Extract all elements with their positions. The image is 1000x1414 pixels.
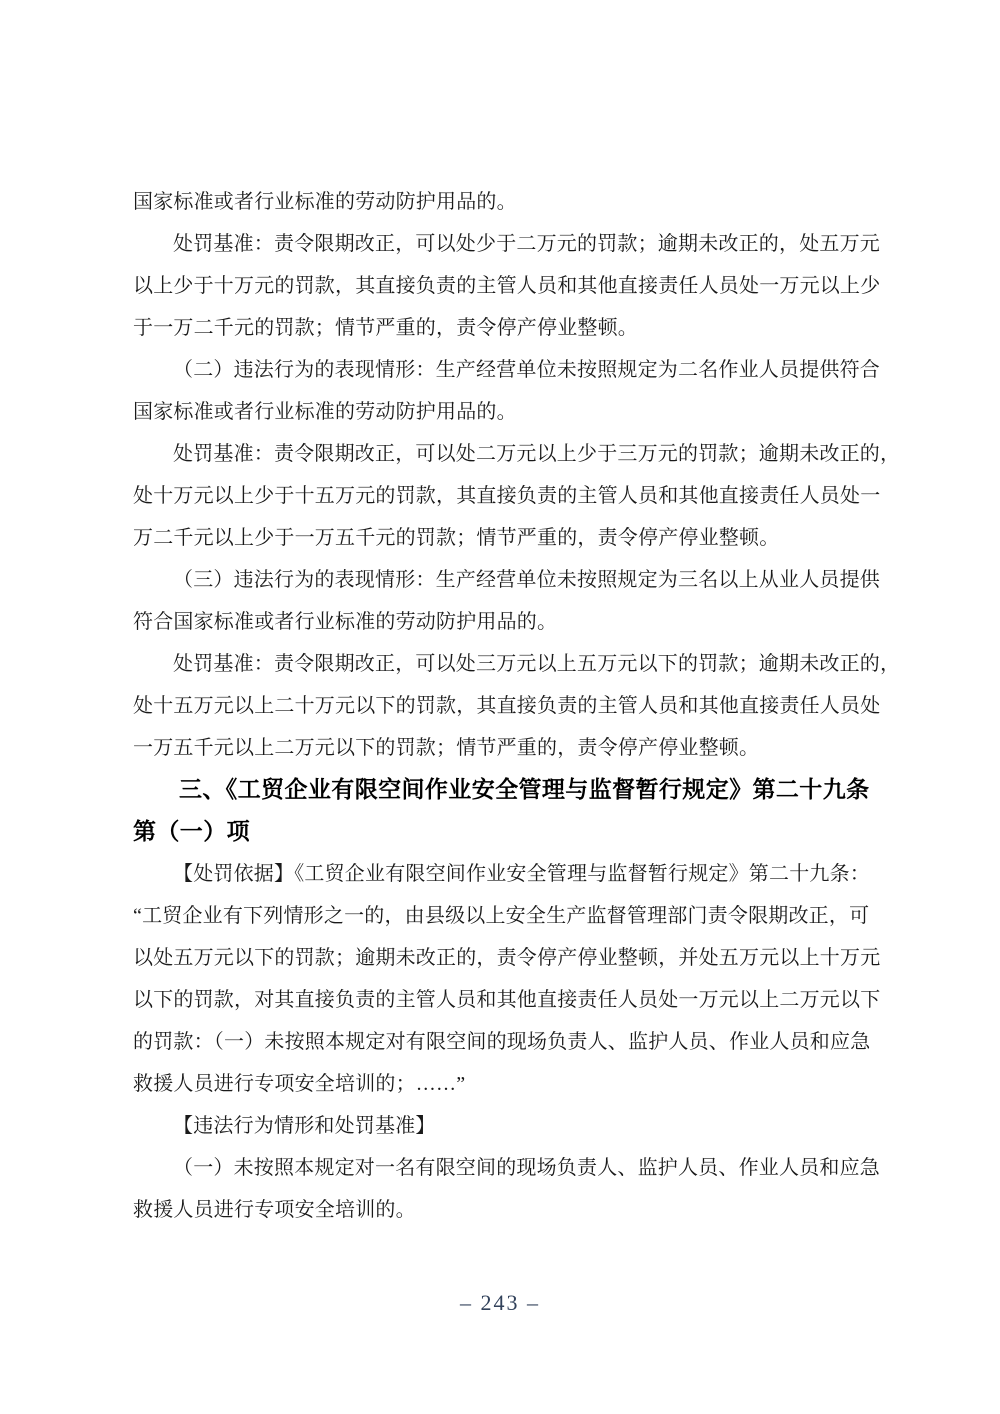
body-paragraph-violation-and-basis-label: 【违法行为情形和处罚基准】: [133, 1105, 881, 1147]
body-paragraph-continuation: 国家标准或者行业标准的劳动防护用品的。: [133, 181, 881, 223]
content-area: 国家标准或者行业标准的劳动防护用品的。 处罚基准：责令限期改正，可以处少于二万元…: [133, 181, 881, 1231]
body-paragraph-penalty-basis-1: 处罚基准：责令限期改正，可以处少于二万元的罚款；逾期未改正的，处五万元 以上少于…: [133, 223, 881, 349]
body-paragraph-violation-2: （二）违法行为的表现情形：生产经营单位未按照规定为二名作业人员提供符合 国家标准…: [133, 349, 881, 433]
body-paragraph-penalty-reference: 【处罚依据】《工贸企业有限空间作业安全管理与监督暂行规定》第二十九条： “工贸企…: [133, 853, 881, 1105]
body-paragraph-violation-3: （三）违法行为的表现情形：生产经营单位未按照规定为三名以上从业人员提供 符合国家…: [133, 559, 881, 643]
body-paragraph-penalty-basis-3: 处罚基准：责令限期改正，可以处三万元以上五万元以下的罚款；逾期未改正的， 处十五…: [133, 643, 881, 769]
body-paragraph-penalty-basis-2: 处罚基准：责令限期改正，可以处二万元以上少于三万元的罚款；逾期未改正的， 处十万…: [133, 433, 881, 559]
section-heading: 三、《工贸企业有限空间作业安全管理与监督暂行规定》第二十九条 第（一）项: [133, 769, 881, 853]
page-number: – 243 –: [0, 1288, 1000, 1318]
body-paragraph-violation-item-1: （一）未按照本规定对一名有限空间的现场负责人、监护人员、作业人员和应急 救援人员…: [133, 1147, 881, 1231]
document-page: 国家标准或者行业标准的劳动防护用品的。 处罚基准：责令限期改正，可以处少于二万元…: [0, 0, 1000, 1414]
